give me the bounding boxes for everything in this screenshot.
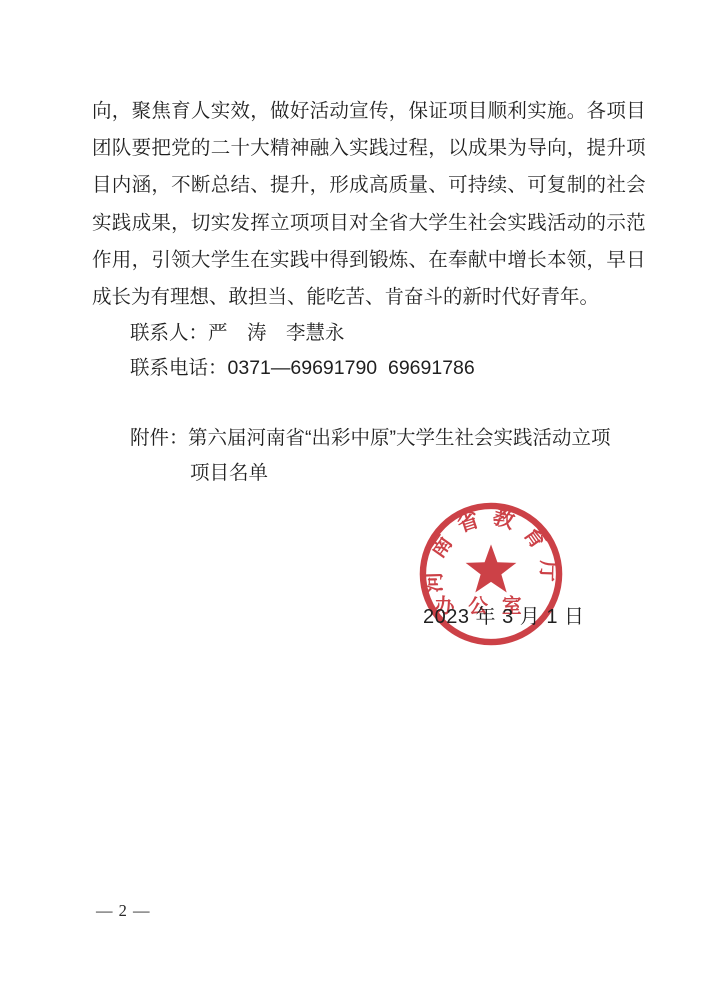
attachment-title-line1: 第六届河南省“出彩中原”大学生社会实践活动立项: [188, 428, 611, 449]
issue-date: 2023 年 3 月 1 日: [423, 606, 585, 628]
body-paragraph: 向，聚焦育人实效，做好活动宣传，保证项目顺利实施。各项目 团队要把党的二十大精神…: [92, 93, 646, 316]
page-number: — 2 —: [96, 902, 151, 920]
paragraph-line: 实践成果，切实发挥立项项目对全省大学生社会实践活动的示范: [92, 205, 646, 242]
document-page: 向，聚焦育人实效，做好活动宣传，保证项目顺利实施。各项目 团队要把党的二十大精神…: [0, 0, 706, 1006]
paragraph-line: 作用，引领大学生在实践中得到锻炼、在奉献中增长本领，早日: [92, 242, 646, 279]
paragraph-line: 团队要把党的二十大精神融入实践过程，以成果为导向，提升项: [92, 130, 646, 167]
contact-person-line: 联系人：严 涛 李慧永: [130, 323, 345, 344]
paragraph-line: 向，聚焦育人实效，做好活动宣传，保证项目顺利实施。各项目: [92, 93, 646, 130]
seal-star-icon: [466, 544, 517, 592]
paragraph-line: 成长为有理想、敢担当、能吃苦、肯奋斗的新时代好青年。: [92, 279, 646, 316]
paragraph-line: 目内涵，不断总结、提升，形成高质量、可持续、可复制的社会: [92, 167, 646, 204]
contact-phone-line: 联系电话：0371—69691790 69691786: [130, 358, 475, 379]
attachment-title-line2: 项目名单: [190, 463, 268, 484]
attachment-label: 附件：: [130, 428, 189, 449]
